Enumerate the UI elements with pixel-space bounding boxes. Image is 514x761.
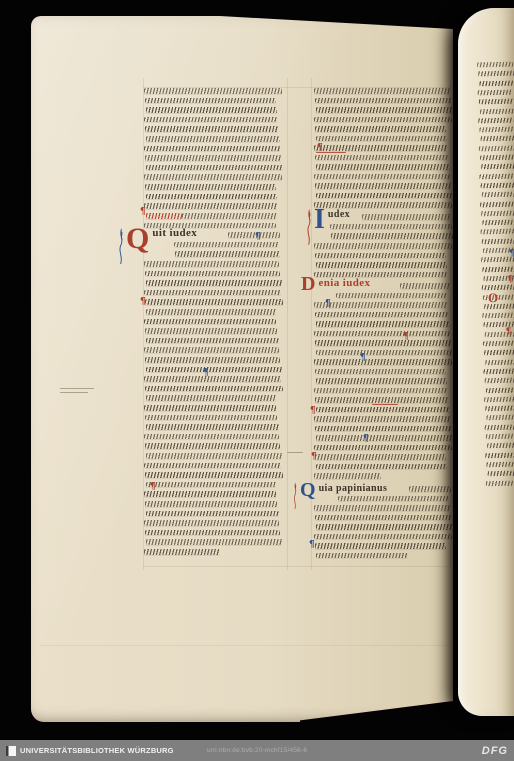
edge-script-line [483, 341, 514, 347]
decorated-initial-o: O [488, 292, 498, 303]
manuscript-photo: ¶¶¶¶¶¶¶¶¶¶¶¶¶Quit iudexIudexDenia iudexQ… [0, 0, 514, 740]
edge-script-line [485, 378, 514, 384]
edge-script-line [485, 424, 514, 430]
edge-script-line [480, 173, 514, 179]
edge-script-line [479, 127, 514, 133]
initial-letter: O [488, 292, 498, 303]
edge-script-line [483, 313, 514, 319]
edge-script-line [477, 62, 513, 68]
paragraph-mark: ¶ [508, 276, 514, 285]
paragraph-mark: ¶ [509, 250, 514, 259]
edge-script-line [481, 183, 514, 189]
edge-script-line [487, 471, 514, 477]
edge-script-line [481, 164, 514, 170]
edge-script-line [484, 350, 514, 356]
paragraph-mark: ¶ [506, 328, 512, 337]
curled-leaf-text-layer: ¶¶¶O [0, 0, 514, 750]
edge-script-line [484, 368, 514, 374]
edge-script-line [487, 443, 514, 449]
edge-script-line [478, 90, 512, 96]
edge-script-line [480, 201, 514, 207]
edge-script-line [479, 80, 514, 86]
edge-script-line [482, 266, 514, 272]
edge-script-line [480, 108, 514, 114]
edge-script-line [486, 461, 514, 467]
edge-script-line [479, 117, 514, 123]
edge-script-line [481, 210, 514, 216]
edge-script-line [478, 71, 514, 77]
edge-script-line [480, 155, 514, 161]
edge-script-line [486, 480, 514, 486]
urn-identifier: urn:nbn:de:bvb:20-mchf15/456-6 [0, 747, 514, 754]
edge-script-line [480, 136, 514, 142]
viewer-frame: ¶¶¶¶¶¶¶¶¶¶¶¶¶Quit iudexIudexDenia iudexQ… [0, 0, 514, 761]
edge-script-line [481, 229, 514, 235]
edge-script-line [482, 238, 514, 244]
edge-script-line [484, 396, 514, 402]
edge-script-line [485, 406, 514, 412]
edge-script-line [479, 145, 514, 151]
edge-script-line [485, 387, 514, 393]
dfg-logo: DFG [482, 745, 508, 757]
edge-script-line [482, 220, 514, 226]
edge-script-line [486, 415, 514, 421]
edge-script-line [486, 434, 514, 440]
edge-script-line [479, 99, 513, 105]
footer-bar: UNIVERSITÄTSBIBLIOTHEK WÜRZBURG urn:nbn:… [0, 740, 514, 761]
edge-script-line [485, 359, 514, 365]
edge-script-line [486, 452, 514, 458]
edge-script-line [481, 192, 514, 198]
